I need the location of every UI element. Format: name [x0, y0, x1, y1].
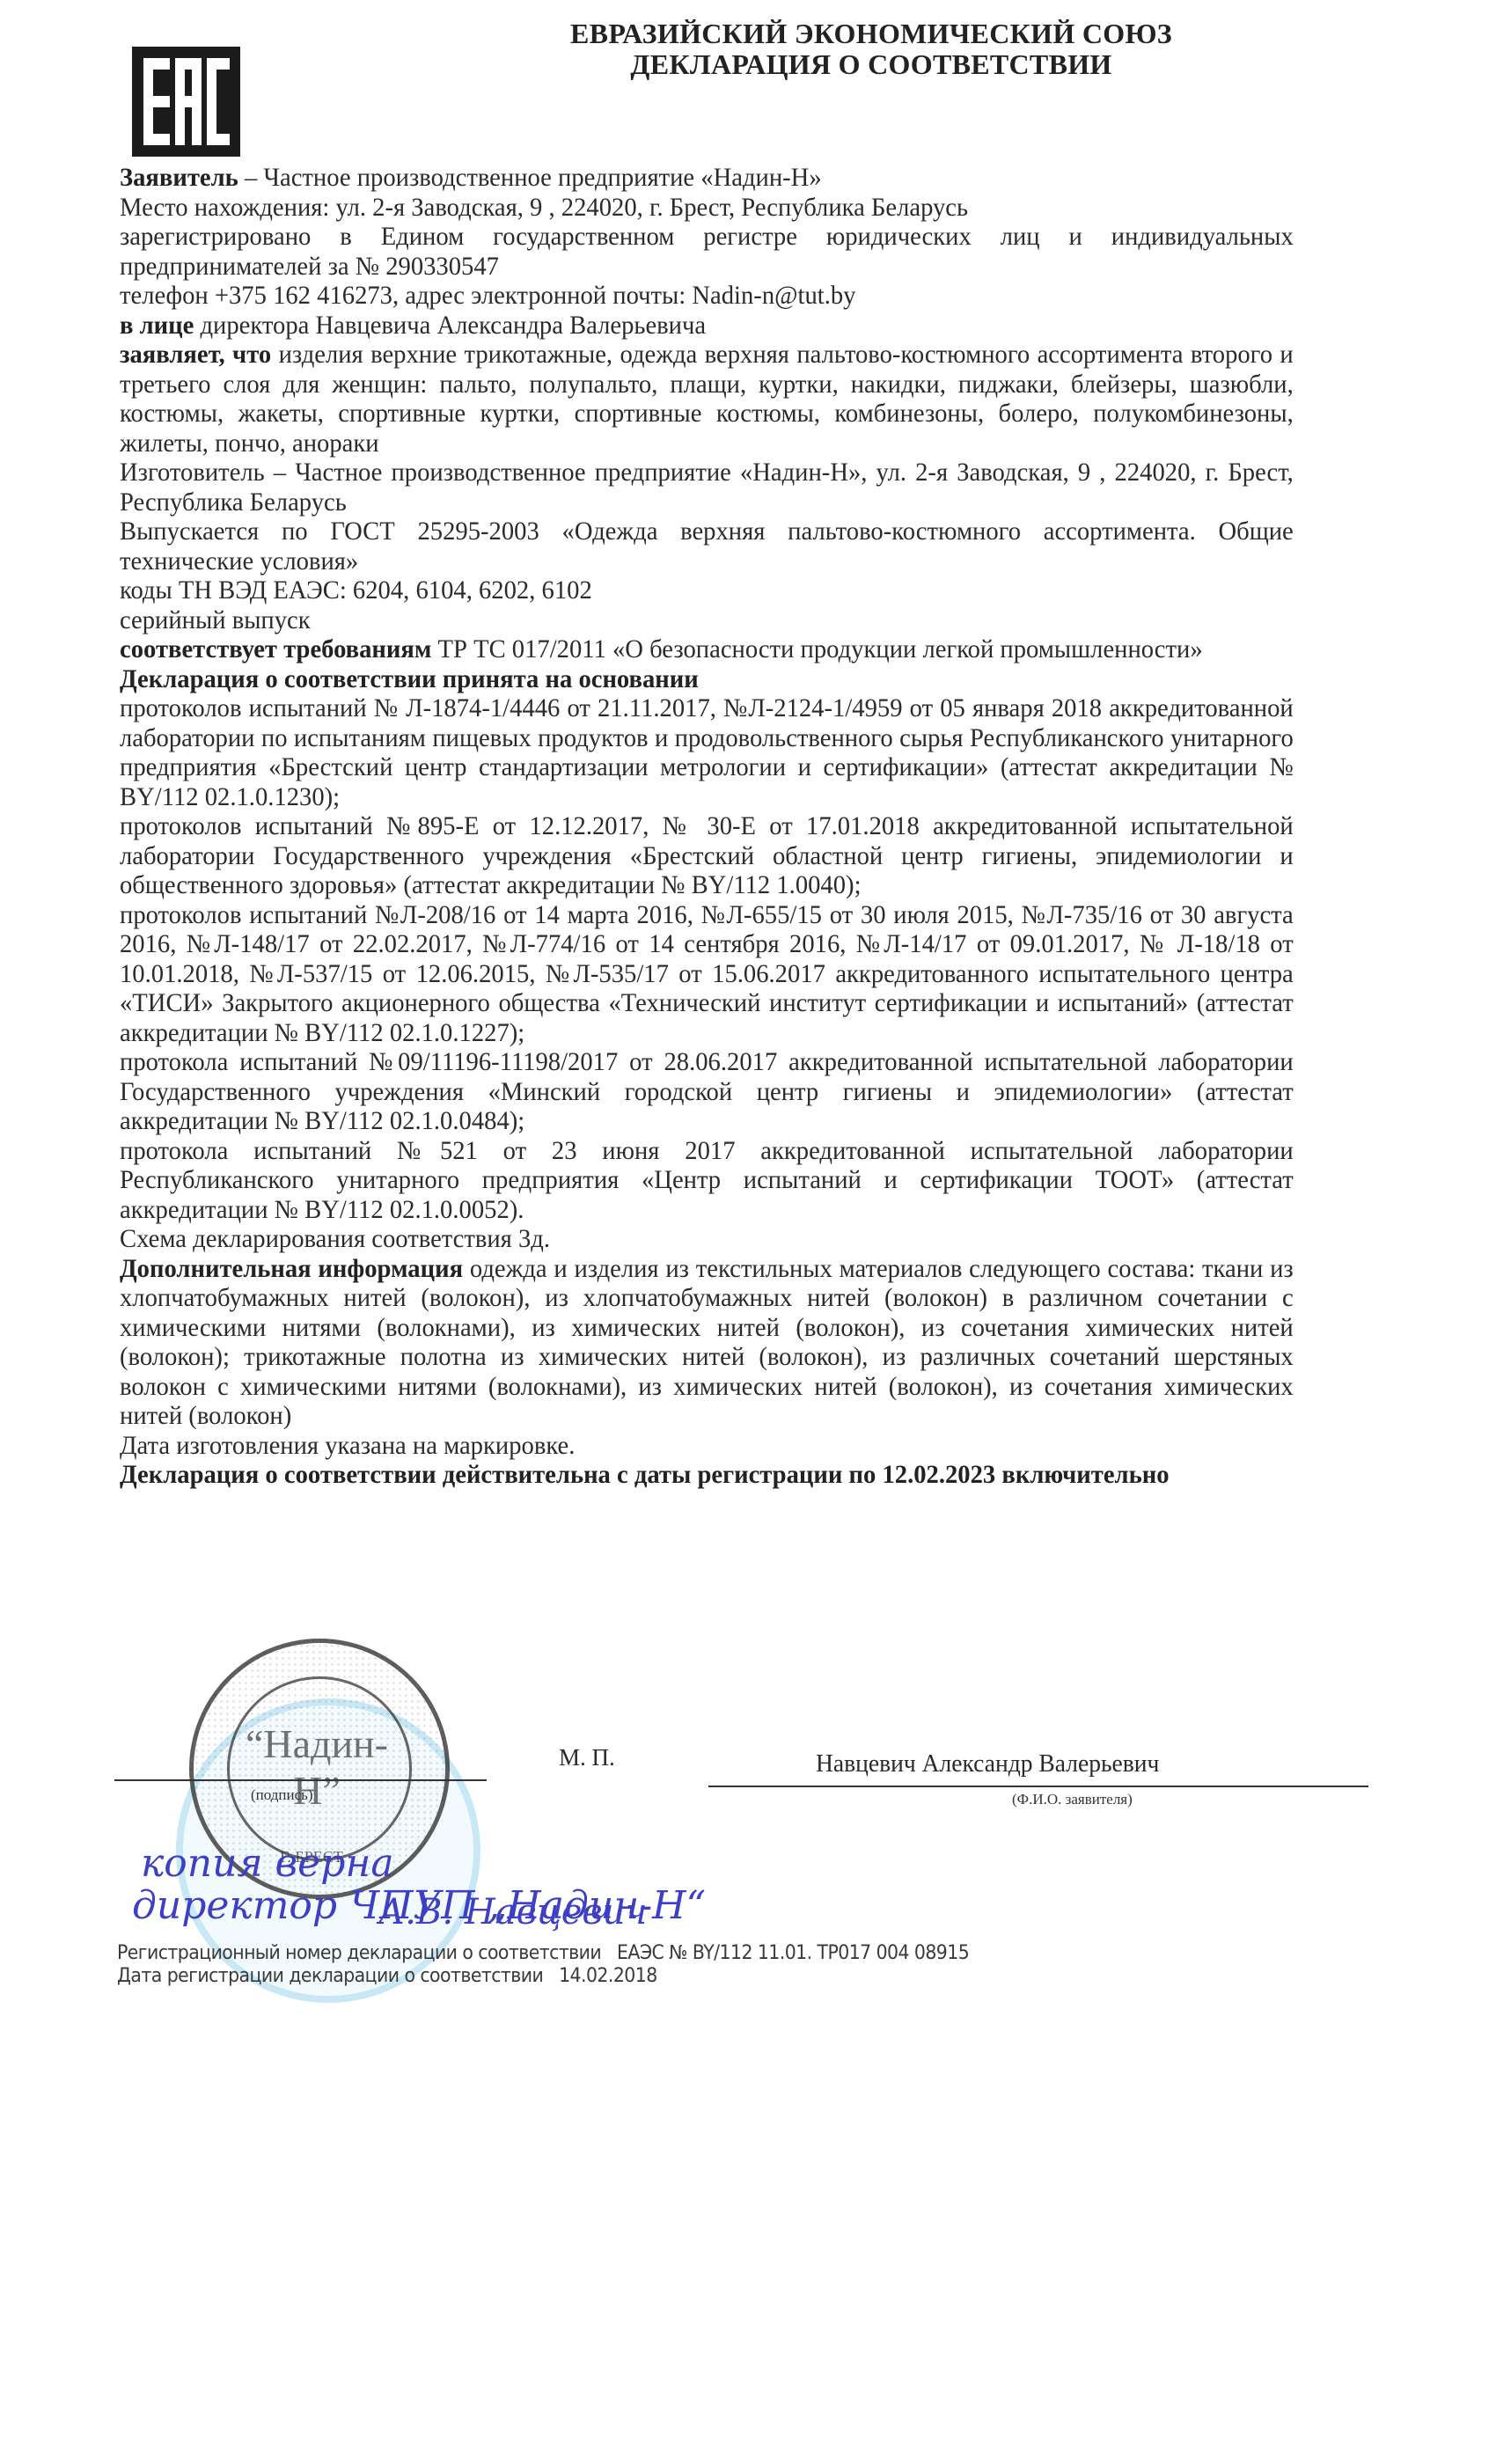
applicant-location: Место нахождения: ул. 2-я Заводская, 9 ,…	[120, 194, 1294, 224]
release-type: серийный выпуск	[120, 606, 1294, 636]
registration-date-label: Дата регистрации декларации о соответств…	[117, 1965, 543, 1987]
registration-number-label: Регистрационный номер декларации о соотв…	[117, 1942, 601, 1964]
title-line-1: ЕВРАЗИЙСКИЙ ЭКОНОМИЧЕСКИЙ СОЮЗ	[475, 18, 1267, 49]
represented-label: в лице	[120, 312, 194, 340]
manufacturer: Изготовитель – Частное производственное …	[120, 458, 1294, 517]
additional-label: Дополнительная информация	[120, 1255, 463, 1283]
additional-info: Дополнительная информация одежда и издел…	[120, 1255, 1294, 1432]
validity: Декларация о соответствии действительна …	[120, 1461, 1170, 1489]
signature-line	[114, 1779, 487, 1781]
basis-heading: Декларация о соответствии принята на осн…	[120, 665, 699, 693]
handwritten-name: А.В. Навцевич	[378, 1892, 647, 1932]
title-line-2: ДЕКЛАРАЦИЯ О СООТВЕТСТВИИ	[475, 49, 1267, 80]
manufacture-date: Дата изготовления указана на маркировке.	[120, 1432, 1294, 1462]
products-line: заявляет, что изделия верхние трикотажны…	[120, 341, 1294, 458]
handwritten-copy-note: копия верна	[141, 1841, 394, 1886]
basis-item: протокола испытаний №09/11196-11198/2017…	[120, 1048, 1294, 1137]
declares-label: заявляет, что	[120, 341, 271, 369]
products-text: изделия верхние трикотажные, одежда верх…	[120, 341, 1294, 458]
declaration-body: Заявитель – Частное производственное пре…	[120, 164, 1294, 1491]
registration-date-line: Дата регистрации декларации о соответств…	[117, 1965, 657, 1988]
applicant-label: Заявитель	[120, 164, 238, 192]
eac-logo	[132, 47, 240, 157]
name-line	[708, 1786, 1368, 1787]
tn-ved-codes: коды ТН ВЭД ЕАЭС: 6204, 6104, 6202, 6102	[120, 576, 1294, 606]
registration-number-line: Регистрационный номер декларации о соотв…	[117, 1942, 969, 1965]
signer-name: Навцевич Александр Валерьевич	[816, 1749, 1159, 1778]
applicant-contacts: телефон +375 162 416273, адрес электронн…	[120, 282, 1294, 312]
signature-caption: (подпись)	[251, 1786, 313, 1804]
basis-item: протоколов испытаний №895-Е от 12.12.201…	[120, 812, 1294, 901]
represented-line: в лице директора Навцевича Александра Ва…	[120, 312, 1294, 341]
conformity-line: соответствует требованиям ТР ТС 017/2011…	[120, 635, 1294, 665]
declaration-scheme: Схема декларирования соответствия 3д.	[120, 1225, 1294, 1255]
represented-by: директора Навцевича Александра Валерьеви…	[194, 312, 706, 340]
basis-item: протоколов испытаний №Л-208/16 от 14 мар…	[120, 901, 1294, 1049]
standard: Выпускается по ГОСТ 25295-2003 «Одежда в…	[120, 517, 1294, 576]
registration-number: ЕАЭС № BY/112 11.01. ТР017 004 08915	[617, 1942, 969, 1964]
applicant-registration: зарегистрировано в Едином государственно…	[120, 223, 1294, 282]
applicant-line: Заявитель – Частное производственное пре…	[120, 164, 1294, 194]
name-caption: (Ф.И.О. заявителя)	[1012, 1791, 1133, 1808]
applicant-name: – Частное производственное предприятие «…	[238, 164, 822, 192]
conforms-label: соответствует требованиям	[120, 635, 431, 664]
basis-item: протоколов испытаний № Л-1874-1/4446 от …	[120, 694, 1294, 812]
registration-date: 14.02.2018	[559, 1965, 657, 1987]
eac-mark-icon	[132, 47, 240, 157]
basis-item: протокола испытаний №521 от 23 июня 2017…	[120, 1137, 1294, 1226]
conforms-text: ТР ТС 017/2011 «О безопасности продукции…	[431, 635, 1202, 664]
seal-mark: М. П.	[559, 1744, 615, 1771]
